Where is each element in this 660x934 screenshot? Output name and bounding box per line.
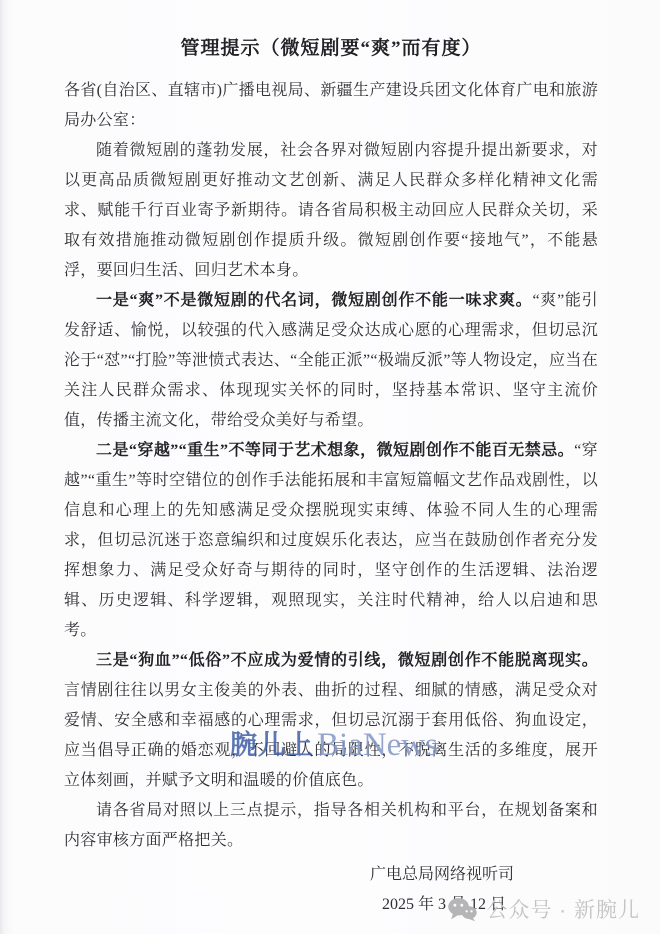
- paragraph-lead: 三是“狗血”“低俗”不应成为爱情的引线，微短剧创作不能脱离现实。: [96, 652, 598, 669]
- paragraph-text: 言情剧往往以男女主俊美的外表、曲折的过程、细腻的情感，满足受众对爱情、安全感和幸…: [64, 682, 598, 789]
- page-title: 管理提示（微短剧要“爽”而有度）: [64, 36, 598, 62]
- paragraph-point-2: 二是“穿越”“重生”不等同于艺术想象，微短剧创作不能百无禁忌。“穿越”“重生”等…: [64, 436, 598, 646]
- document-page: 管理提示（微短剧要“爽”而有度） 各省(自治区、直辖市)广播电视局、新疆生产建设…: [0, 0, 660, 934]
- wechat-account-label: 公众号 · 新腕儿: [486, 894, 640, 924]
- paragraph-point-1: 一是“爽”不是微短剧的代名词，微短剧创作不能一味求爽。“爽”能引发舒适、愉悦，以…: [64, 286, 598, 436]
- issuing-authority: 广电总局网络视听司: [64, 860, 598, 890]
- paragraph-intro: 随着微短剧的蓬勃发展，社会各界对微短剧内容提升提出新要求，对以更高品质微短剧更好…: [64, 136, 598, 286]
- paragraph-point-3: 三是“狗血”“低俗”不应成为爱情的引线，微短剧创作不能脱离现实。言情剧往往以男女…: [64, 646, 598, 796]
- salutation: 各省(自治区、直辖市)广播电视局、新疆生产建设兵团文化体育广电和旅游局办公室：: [64, 76, 598, 136]
- paragraph-lead: 二是“穿越”“重生”不等同于艺术想象，微短剧创作不能百无禁忌。: [96, 442, 574, 459]
- paragraph-lead: 一是“爽”不是微短剧的代名词，微短剧创作不能一味求爽。: [96, 292, 532, 309]
- paragraph-text: “爽”能引发舒适、愉悦，以较强的代入感满足受众达成心愿的心理需求，但切忌沉沦于“…: [64, 292, 598, 429]
- paragraph-text: 随着微短剧的蓬勃发展，社会各界对微短剧内容提升提出新要求，对以更高品质微短剧更好…: [64, 142, 598, 279]
- paragraph-text: 请各省局对照以上三点提示，指导各相关机构和平台，在规划备案和内容审核方面严格把关…: [64, 802, 598, 849]
- paragraph-text: “穿越”“重生”等时空错位的创作手法能拓展和丰富短篇幅文艺作品戏剧性，以信息和心…: [64, 442, 598, 639]
- wechat-account-credit: 公众号 · 新腕儿: [448, 894, 640, 924]
- notice-body: 管理提示（微短剧要“爽”而有度） 各省(自治区、直辖市)广播电视局、新疆生产建设…: [64, 36, 598, 920]
- notice-text: 各省(自治区、直辖市)广播电视局、新疆生产建设兵团文化体育广电和旅游局办公室： …: [64, 76, 598, 856]
- wechat-icon: [448, 897, 477, 922]
- paragraph-closing: 请各省局对照以上三点提示，指导各相关机构和平台，在规划备案和内容审核方面严格把关…: [64, 796, 598, 856]
